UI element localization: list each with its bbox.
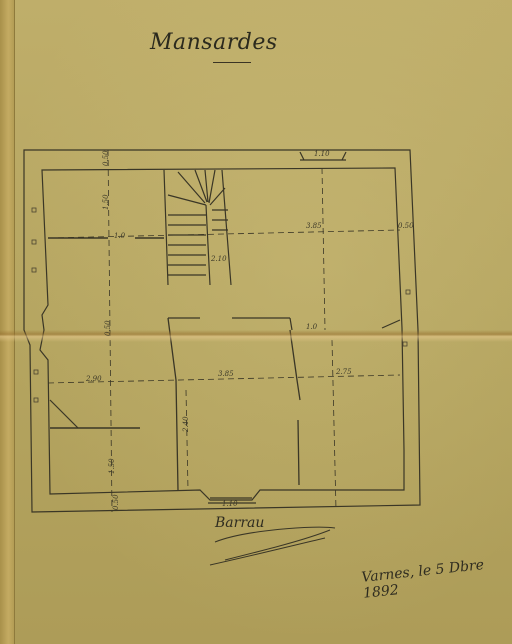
dim-mid-partition: 1.0: [114, 232, 125, 240]
dim-bottom-middle-width: 3.85: [218, 370, 234, 378]
dim-stair-width: 2.10: [211, 255, 227, 263]
dim-bottom-window: 1.10: [222, 500, 238, 508]
dim-fold-mark: 0.50: [104, 320, 112, 336]
dim-bottom-left-width: 2.90: [86, 375, 102, 383]
dim-top-right-width: 3.85: [306, 222, 322, 230]
dim-mid-right-partition: 1.0: [306, 323, 317, 331]
dim-right-wall: 0.50: [398, 222, 414, 230]
dim-top-wall: 0.50: [102, 150, 110, 166]
dim-bottom-right-width: 2.75: [336, 368, 352, 376]
dim-bottom-wall: 0.50: [112, 494, 120, 510]
signature-flourish: [205, 520, 345, 570]
dim-bottom-left-depth: 1.50: [108, 458, 116, 474]
dim-top-window: 1.10: [314, 150, 330, 158]
paper-fold-crease: [0, 330, 512, 342]
dim-top-left-depth: 1.50: [102, 194, 110, 210]
dim-bottom-middle-depth: 2.40: [182, 416, 190, 432]
